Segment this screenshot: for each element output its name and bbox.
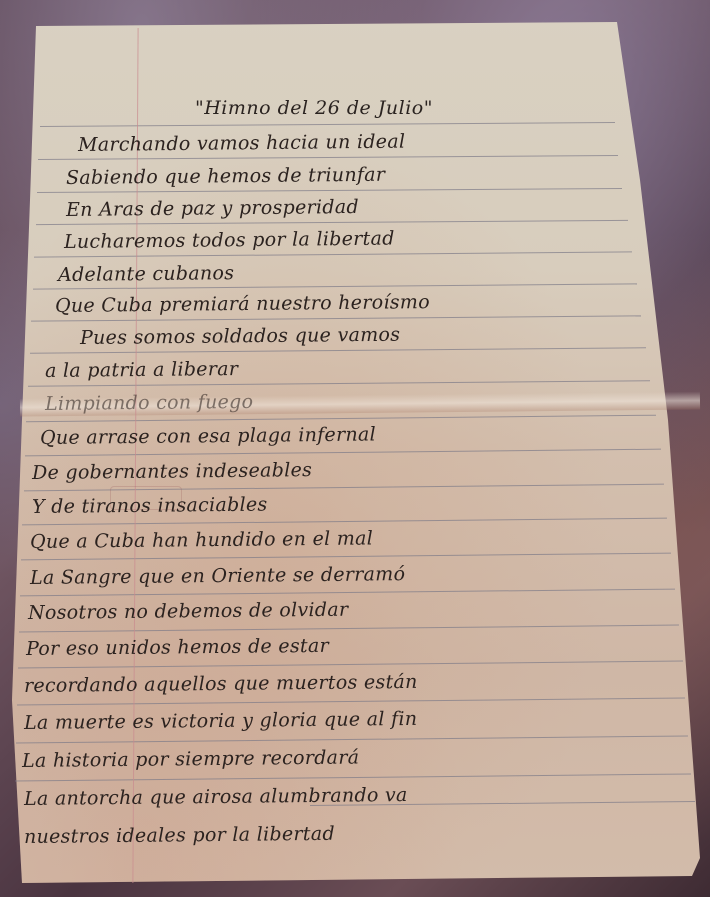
handwritten-line: Por eso unidos hemos de estar xyxy=(26,635,329,660)
handwritten-line: Adelante cubanos xyxy=(58,262,235,286)
handwritten-line: Que a Cuba han hundido en el mal xyxy=(30,527,373,553)
document-title: "Himno del 26 de Julio" xyxy=(195,97,433,119)
handwritten-line: Lucharemos todos por la libertad xyxy=(64,228,395,253)
handwritten-line: Nosotros no debemos de olvidar xyxy=(28,599,349,624)
handwritten-line: Limpiando con fuego xyxy=(45,391,254,415)
handwritten-line: En Aras de paz y prosperidad xyxy=(66,196,359,221)
handwritten-line: La historia por siempre recordará xyxy=(22,746,359,772)
handwritten-line: Marchando vamos hacia un ideal xyxy=(78,131,406,156)
handwritten-line: La antorcha que airosa alumbrando va xyxy=(24,784,408,810)
handwritten-line: Y de tiranos insaciables xyxy=(32,494,268,518)
handwritten-line: De gobernantes indeseables xyxy=(32,459,312,484)
handwritten-line: Pues somos soldados que vamos xyxy=(80,324,401,349)
handwritten-line: a la patria a liberar xyxy=(45,358,238,382)
handwritten-line: Sabiendo que hemos de triunfar xyxy=(66,164,385,189)
handwritten-line: Que arrase con esa plaga infernal xyxy=(40,423,376,449)
handwritten-line: nuestros ideales por la libertad xyxy=(24,823,335,848)
handwritten-line: Que Cuba premiará nuestro heroísmo xyxy=(55,291,430,317)
handwritten-line: La Sangre que en Oriente se derramó xyxy=(30,563,406,589)
handwritten-line: recordando aquellos que muertos están xyxy=(24,671,418,697)
handwritten-line: La muerte es victoria y gloria que al fi… xyxy=(24,708,418,734)
